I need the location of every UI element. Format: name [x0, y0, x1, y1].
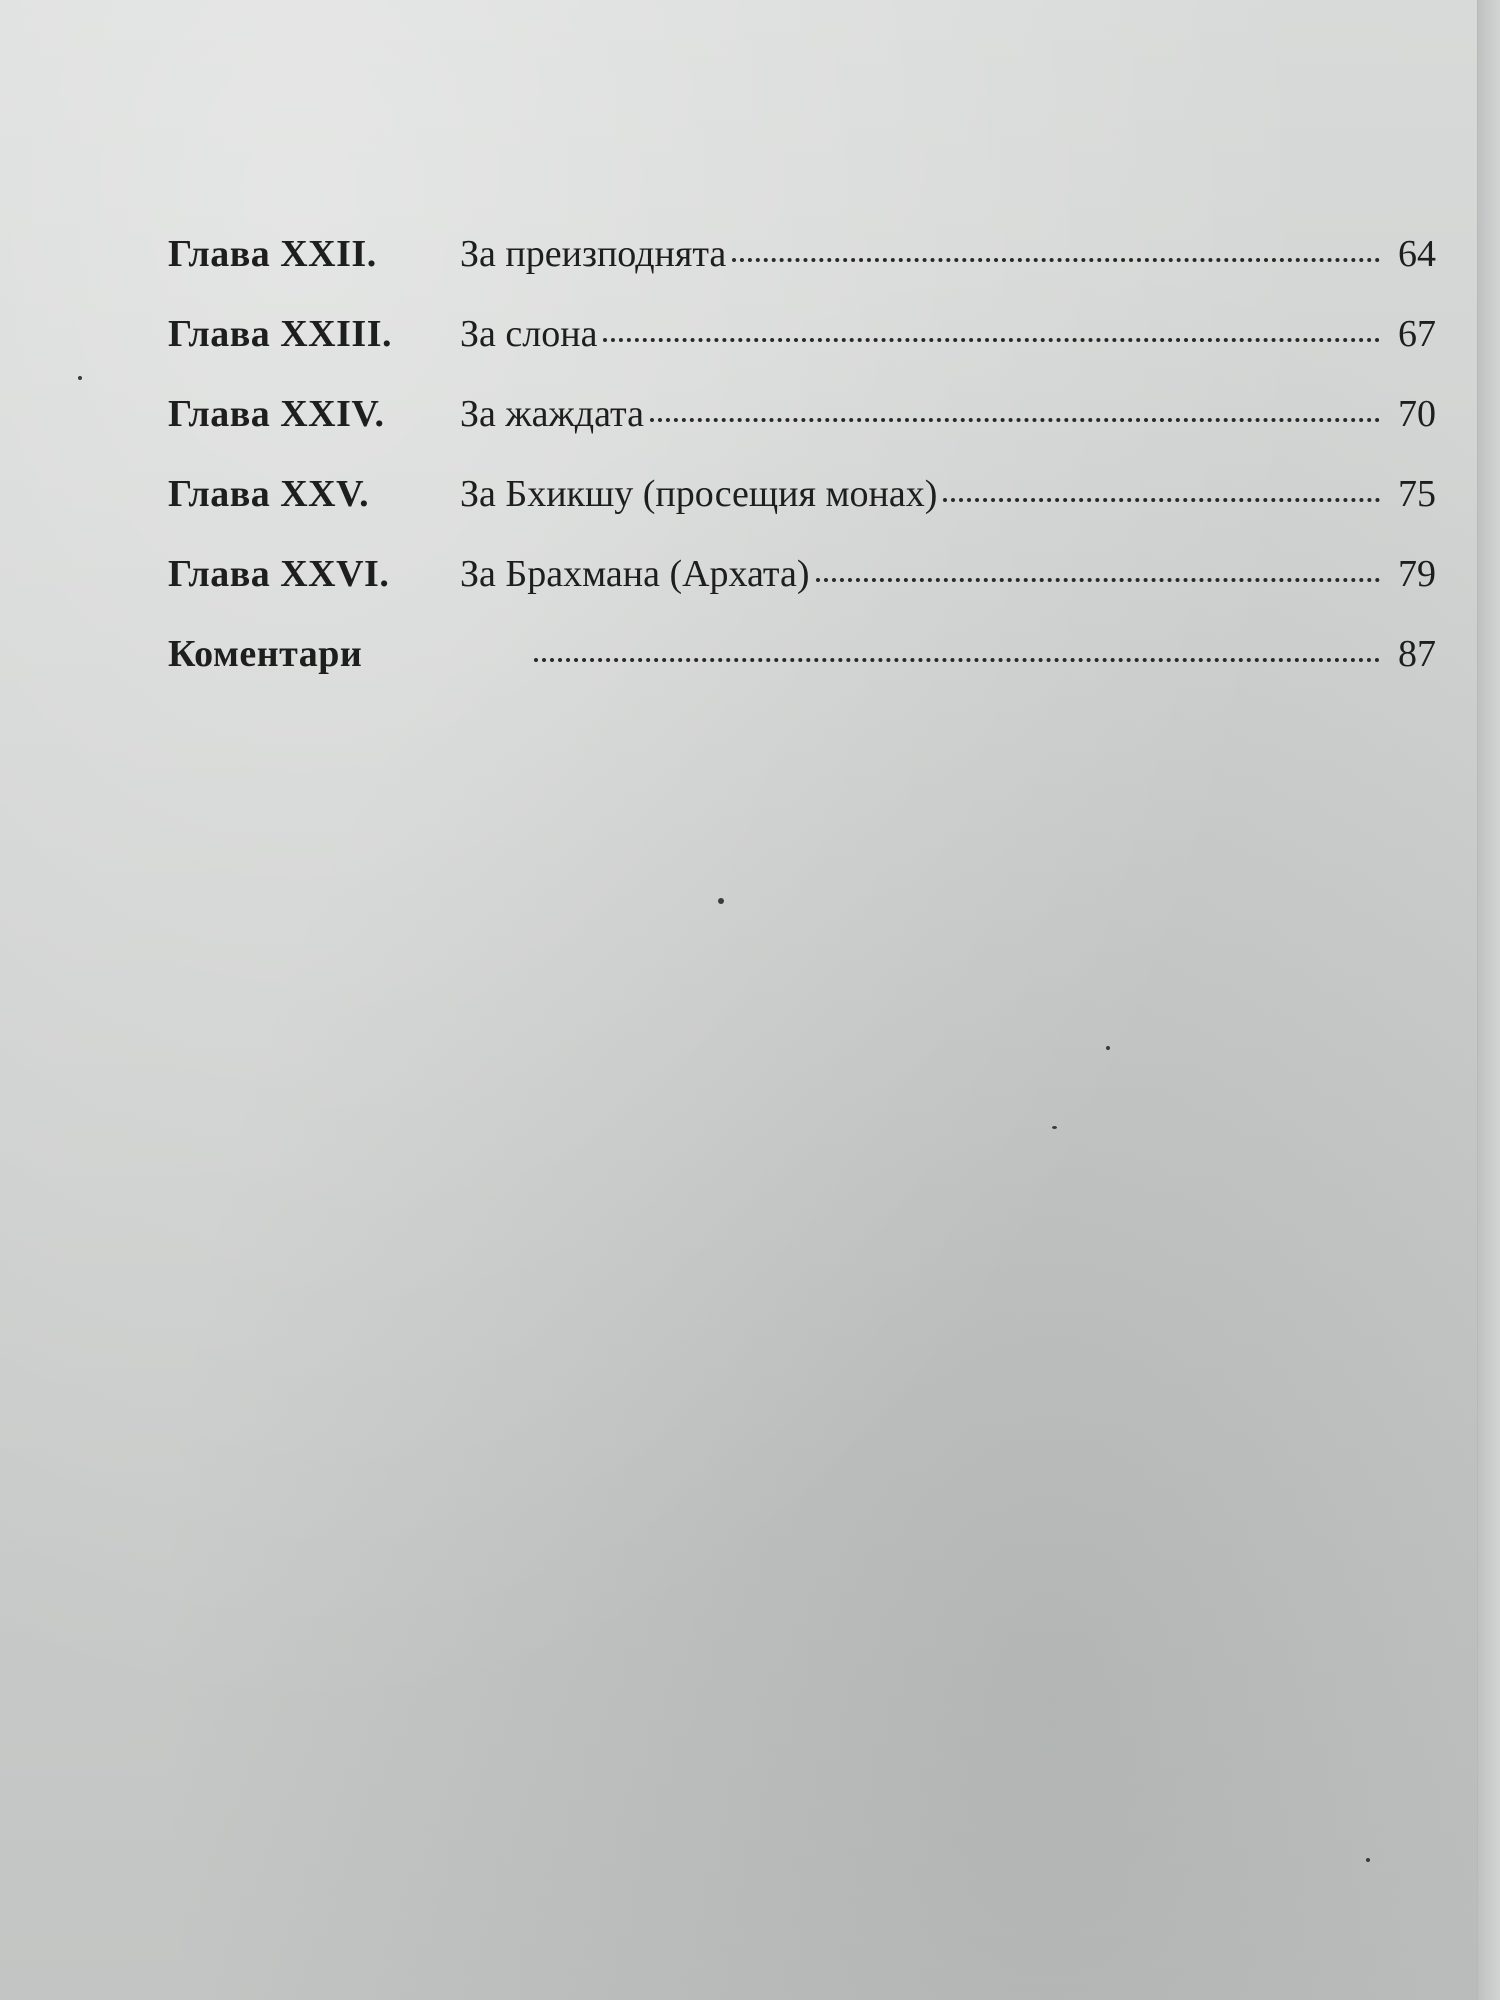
chapter-label: Глава XXVI.	[168, 552, 460, 596]
toc-entry: Глава XXIV. За жаждата 70	[168, 392, 1436, 472]
page-edge	[1477, 0, 1500, 2000]
paper-speck	[1106, 1046, 1110, 1050]
chapter-title: За Бхикшу (просещия монах)	[460, 472, 937, 516]
toc-entry: Глава XXII. За преизподнята 64	[168, 232, 1436, 312]
dot-leader	[534, 658, 1380, 662]
dot-leader	[732, 258, 1380, 262]
chapter-label: Глава XXV.	[168, 472, 460, 516]
chapter-label: Глава XXII.	[168, 232, 460, 276]
chapter-label: Глава XXIV.	[168, 392, 460, 436]
dot-leader	[816, 578, 1380, 582]
chapter-title: За Брахмана (Архата)	[460, 552, 810, 596]
page-number: 67	[1386, 312, 1436, 356]
chapter-title: За слона	[460, 312, 597, 356]
chapter-title: За преизподнята	[460, 232, 726, 276]
page-number: 70	[1386, 392, 1436, 436]
paper-speck	[78, 376, 82, 380]
toc-entry-comments: Коментари 87	[168, 632, 1436, 712]
toc-entry: Глава XXIII. За слона 67	[168, 312, 1436, 392]
dot-leader	[943, 498, 1380, 502]
page-number: 64	[1386, 232, 1436, 276]
page-number: 75	[1386, 472, 1436, 516]
paper-speck	[1366, 1858, 1370, 1862]
page-number: 79	[1386, 552, 1436, 596]
paper-speck	[1052, 1126, 1057, 1129]
comments-label: Коментари	[168, 632, 528, 676]
paper-speck	[718, 898, 724, 904]
page-number: 87	[1386, 632, 1436, 676]
dot-leader	[603, 338, 1380, 342]
toc-entry: Глава XXV. За Бхикшу (просещия монах) 75	[168, 472, 1436, 552]
chapter-title: За жаждата	[460, 392, 644, 436]
dot-leader	[650, 418, 1380, 422]
table-of-contents: Глава XXII. За преизподнята 64 Глава XXI…	[168, 232, 1436, 712]
chapter-label: Глава XXIII.	[168, 312, 460, 356]
toc-entry: Глава XXVI. За Брахмана (Архата) 79	[168, 552, 1436, 632]
